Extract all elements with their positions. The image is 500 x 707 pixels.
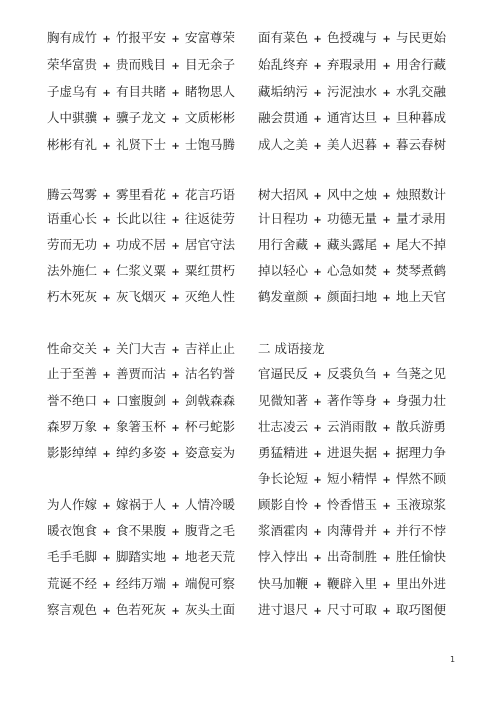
idiom: 关门大吉 [116, 341, 166, 356]
idiom-chain-row: 荣华富贵+贵而贱目+目无余子 [47, 57, 235, 75]
idiom: 色授魂与 [327, 30, 377, 45]
plus-separator: + [166, 139, 185, 155]
idiom: 居官守法 [185, 237, 235, 252]
plus-separator: + [97, 395, 116, 411]
plus-separator: + [97, 291, 116, 307]
idiom: 刍荛之见 [396, 366, 446, 381]
plus-separator: + [377, 473, 396, 489]
idiom: 掉以轻心 [258, 263, 308, 278]
plus-separator: + [377, 499, 396, 515]
idiom: 藏头露尾 [327, 237, 377, 252]
idiom-chain-row: 语重心长+长此以往+往返徒劳 [47, 211, 235, 229]
idiom: 心急如焚 [327, 263, 377, 278]
idiom: 短小精悍 [327, 471, 377, 486]
idiom-chain-row: 官逼民反+反裘负刍+刍荛之见 [258, 366, 446, 384]
idiom: 量才录用 [396, 211, 446, 226]
idiom: 口蜜腹剑 [116, 393, 166, 408]
idiom: 美人迟暮 [327, 137, 377, 152]
idiom-chain-row: 浆酒霍肉+肉薄骨并+并行不悖 [258, 523, 446, 541]
idiom-chain-row: 顾影自怜+怜香惜玉+玉液琼浆 [258, 497, 446, 515]
idiom-chain-row: 胸有成竹+竹报平安+安富尊荣 [47, 30, 235, 48]
idiom-chain-row: 暖衣饱食+食不果腹+腹背之毛 [47, 523, 235, 541]
idiom: 贵而贱目 [116, 57, 166, 72]
idiom: 往返徒劳 [185, 211, 235, 226]
plus-separator: + [97, 139, 116, 155]
idiom: 毛手毛脚 [47, 549, 97, 564]
idiom: 有目共睹 [116, 84, 166, 99]
idiom: 颜面扫地 [327, 289, 377, 304]
plus-separator: + [308, 395, 327, 411]
idiom-chain-row: 法外施仁+仁浆义粟+粟红贯朽 [47, 263, 235, 281]
idiom: 计日程功 [258, 211, 308, 226]
idiom: 腾云驾雾 [47, 187, 97, 202]
idiom: 悖入悖出 [258, 549, 308, 564]
idiom: 荣华富贵 [47, 57, 97, 72]
plus-separator: + [308, 578, 327, 594]
plus-separator: + [377, 291, 396, 307]
plus-separator: + [166, 447, 185, 463]
plus-separator: + [97, 551, 116, 567]
idiom-chain-row: 悖入悖出+出奇制胜+胜任愉快 [258, 549, 446, 567]
idiom: 地老天荒 [185, 549, 235, 564]
idiom: 成人之美 [258, 137, 308, 152]
idiom-chain-row: 融会贯通+通宵达旦+旦种暮成 [258, 110, 446, 128]
idiom-chain-row: 勇猛精进+进退失据+据理力争 [258, 445, 446, 463]
plus-separator: + [308, 291, 327, 307]
idiom: 色若死灰 [116, 602, 166, 617]
idiom: 怜香惜玉 [327, 497, 377, 512]
plus-separator: + [166, 525, 185, 541]
idiom: 著作等身 [327, 393, 377, 408]
idiom: 性命交关 [47, 341, 97, 356]
idiom: 胜任愉快 [396, 549, 446, 564]
plus-separator: + [97, 265, 116, 281]
section-heading: 二 成语接龙 [258, 341, 324, 357]
plus-separator: + [166, 551, 185, 567]
idiom: 地上天官 [396, 289, 446, 304]
plus-separator: + [97, 525, 116, 541]
idiom: 善贾而沽 [116, 366, 166, 381]
idiom-chain-row: 荒诞不经+经纬万端+端倪可察 [47, 576, 235, 594]
idiom: 争长论短 [258, 471, 308, 486]
plus-separator: + [377, 239, 396, 255]
idiom: 沽名钓誉 [185, 366, 235, 381]
plus-separator: + [308, 59, 327, 75]
idiom: 仁浆义粟 [116, 263, 166, 278]
idiom: 目无余子 [185, 57, 235, 72]
plus-separator: + [97, 421, 116, 437]
idiom: 鞭辟入里 [327, 576, 377, 591]
idiom-chain-row: 争长论短+短小精悍+悍然不顾 [258, 471, 446, 489]
idiom-chain-row: 朽木死灰+灰飞烟灭+灭绝人性 [47, 289, 235, 307]
plus-separator: + [308, 189, 327, 205]
idiom: 胸有成竹 [47, 30, 97, 45]
idiom: 子虚乌有 [47, 84, 97, 99]
idiom: 散兵游勇 [396, 419, 446, 434]
idiom: 人情冷暖 [185, 497, 235, 512]
idiom: 始乱终弃 [258, 57, 308, 72]
idiom-chain-row: 面有菜色+色授魂与+与民更始 [258, 30, 446, 48]
plus-separator: + [97, 213, 116, 229]
plus-separator: + [377, 604, 396, 620]
idiom-chain-row: 人中骐骥+骥子龙文+文质彬彬 [47, 110, 235, 128]
idiom: 焚琴煮鹤 [396, 263, 446, 278]
idiom: 花言巧语 [185, 187, 235, 202]
idiom: 长此以往 [116, 211, 166, 226]
plus-separator: + [308, 447, 327, 463]
plus-separator: + [166, 578, 185, 594]
idiom: 剑戟森森 [185, 393, 235, 408]
page-number: 1 [450, 655, 455, 664]
plus-separator: + [166, 59, 185, 75]
idiom: 灰头土面 [185, 602, 235, 617]
plus-separator: + [97, 368, 116, 384]
idiom: 止于至善 [47, 366, 97, 381]
idiom: 安富尊荣 [185, 30, 235, 45]
idiom: 竹报平安 [116, 30, 166, 45]
idiom: 官逼民反 [258, 366, 308, 381]
idiom: 出奇制胜 [327, 549, 377, 564]
plus-separator: + [97, 86, 116, 102]
plus-separator: + [166, 421, 185, 437]
idiom: 森罗万象 [47, 419, 97, 434]
plus-separator: + [377, 86, 396, 102]
plus-separator: + [308, 421, 327, 437]
idiom: 勇猛精进 [258, 445, 308, 460]
plus-separator: + [377, 525, 396, 541]
idiom-chain-row: 为人作嫁+嫁祸于人+人情冷暖 [47, 497, 235, 515]
plus-separator: + [97, 499, 116, 515]
idiom: 朽木死灰 [47, 289, 97, 304]
idiom: 脚踏实地 [116, 549, 166, 564]
plus-separator: + [377, 421, 396, 437]
idiom-chain-row: 树大招风+风中之烛+烛照数计 [258, 187, 446, 205]
plus-separator: + [308, 213, 327, 229]
idiom: 水乳交融 [396, 84, 446, 99]
idiom-chain-row: 藏垢纳污+污泥浊水+水乳交融 [258, 84, 446, 102]
plus-separator: + [308, 239, 327, 255]
idiom-chain-row: 察言观色+色若死灰+灰头土面 [47, 602, 235, 620]
idiom: 烛照数计 [396, 187, 446, 202]
idiom: 壮志凌云 [258, 419, 308, 434]
plus-separator: + [308, 32, 327, 48]
idiom: 面有菜色 [258, 30, 308, 45]
idiom: 旦种暮成 [396, 110, 446, 125]
idiom-chain-row: 用行舍藏+藏头露尾+尾大不掉 [258, 237, 446, 255]
idiom: 污泥浊水 [327, 84, 377, 99]
idiom: 鹤发童颜 [258, 289, 308, 304]
plus-separator: + [377, 551, 396, 567]
plus-separator: + [166, 265, 185, 281]
plus-separator: + [166, 189, 185, 205]
idiom: 身强力壮 [396, 393, 446, 408]
idiom: 进寸退尺 [258, 602, 308, 617]
idiom: 功成不居 [116, 237, 166, 252]
idiom: 荒诞不经 [47, 576, 97, 591]
idiom: 腹背之毛 [185, 523, 235, 538]
idiom: 玉液琼浆 [396, 497, 446, 512]
plus-separator: + [166, 499, 185, 515]
idiom-chain-row: 劳而无功+功成不居+居官守法 [47, 237, 235, 255]
plus-separator: + [97, 447, 116, 463]
idiom: 肉薄骨并 [327, 523, 377, 538]
idiom: 杯弓蛇影 [185, 419, 235, 434]
idiom: 弃瑕录用 [327, 57, 377, 72]
idiom: 浆酒霍肉 [258, 523, 308, 538]
plus-separator: + [97, 578, 116, 594]
plus-separator: + [97, 32, 116, 48]
plus-separator: + [166, 32, 185, 48]
plus-separator: + [377, 32, 396, 48]
plus-separator: + [166, 368, 185, 384]
idiom: 用舍行藏 [396, 57, 446, 72]
idiom-chain-row: 影影绰绰+绰约多姿+姿意妄为 [47, 445, 235, 463]
plus-separator: + [308, 473, 327, 489]
idiom: 树大招风 [258, 187, 308, 202]
idiom: 并行不悖 [396, 523, 446, 538]
idiom-chain-row: 毛手毛脚+脚踏实地+地老天荒 [47, 549, 235, 567]
plus-separator: + [377, 447, 396, 463]
idiom: 彬彬有礼 [47, 137, 97, 152]
idiom: 士饱马腾 [185, 137, 235, 152]
idiom-chain-row: 进寸退尺+尺寸可取+取巧图便 [258, 602, 446, 620]
idiom: 睹物思人 [185, 84, 235, 99]
idiom-chain-row: 壮志凌云+云消雨散+散兵游勇 [258, 419, 446, 437]
idiom: 礼贤下士 [116, 137, 166, 152]
idiom-chain-row: 鹤发童颜+颜面扫地+地上天官 [258, 289, 446, 307]
idiom: 粟红贯朽 [185, 263, 235, 278]
plus-separator: + [377, 112, 396, 128]
idiom: 灭绝人性 [185, 289, 235, 304]
idiom: 经纬万端 [116, 576, 166, 591]
idiom-chain-row: 腾云驾雾+雾里看花+花言巧语 [47, 187, 235, 205]
idiom: 通宵达旦 [327, 110, 377, 125]
idiom: 端倪可察 [185, 576, 235, 591]
plus-separator: + [166, 604, 185, 620]
plus-separator: + [308, 112, 327, 128]
plus-separator: + [97, 239, 116, 255]
plus-separator: + [377, 265, 396, 281]
plus-separator: + [166, 291, 185, 307]
idiom-chain-row: 掉以轻心+心急如焚+焚琴煮鹤 [258, 263, 446, 281]
idiom: 雾里看花 [116, 187, 166, 202]
idiom: 据理力争 [396, 445, 446, 460]
plus-separator: + [308, 139, 327, 155]
idiom: 云消雨散 [327, 419, 377, 434]
idiom: 吉祥止止 [185, 341, 235, 356]
idiom: 用行舍藏 [258, 237, 308, 252]
idiom: 悍然不顾 [396, 471, 446, 486]
idiom-chain-row: 彬彬有礼+礼贤下士+士饱马腾 [47, 137, 235, 155]
idiom: 绰约多姿 [116, 445, 166, 460]
plus-separator: + [377, 213, 396, 229]
idiom: 法外施仁 [47, 263, 97, 278]
plus-separator: + [166, 86, 185, 102]
idiom: 象箸玉杯 [116, 419, 166, 434]
idiom: 骥子龙文 [116, 110, 166, 125]
idiom: 藏垢纳污 [258, 84, 308, 99]
idiom: 进退失据 [327, 445, 377, 460]
plus-separator: + [377, 139, 396, 155]
idiom: 见微知著 [258, 393, 308, 408]
idiom: 风中之烛 [327, 187, 377, 202]
plus-separator: + [308, 525, 327, 541]
idiom: 劳而无功 [47, 237, 97, 252]
plus-separator: + [377, 578, 396, 594]
plus-separator: + [166, 343, 185, 359]
plus-separator: + [97, 112, 116, 128]
idiom: 姿意妄为 [185, 445, 235, 460]
idiom: 誉不绝口 [47, 393, 97, 408]
plus-separator: + [166, 112, 185, 128]
idiom: 快马加鞭 [258, 576, 308, 591]
idiom: 顾影自怜 [258, 497, 308, 512]
idiom: 嫁祸于人 [116, 497, 166, 512]
plus-separator: + [308, 265, 327, 281]
idiom: 里出外进 [396, 576, 446, 591]
plus-separator: + [97, 59, 116, 75]
plus-separator: + [308, 551, 327, 567]
plus-separator: + [377, 59, 396, 75]
plus-separator: + [97, 189, 116, 205]
plus-separator: + [97, 604, 116, 620]
idiom-chain-row: 见微知著+著作等身+身强力壮 [258, 393, 446, 411]
plus-separator: + [166, 213, 185, 229]
idiom-chain-row: 成人之美+美人迟暮+暮云春树 [258, 137, 446, 155]
idiom: 语重心长 [47, 211, 97, 226]
idiom-chain-row: 子虚乌有+有目共睹+睹物思人 [47, 84, 235, 102]
idiom: 尺寸可取 [327, 602, 377, 617]
idiom: 暖衣饱食 [47, 523, 97, 538]
idiom-chain-row: 誉不绝口+口蜜腹剑+剑戟森森 [47, 393, 235, 411]
idiom-chain-row: 森罗万象+象箸玉杯+杯弓蛇影 [47, 419, 235, 437]
idiom: 功德无量 [327, 211, 377, 226]
plus-separator: + [166, 395, 185, 411]
idiom: 影影绰绰 [47, 445, 97, 460]
idiom: 与民更始 [396, 30, 446, 45]
plus-separator: + [308, 604, 327, 620]
idiom-chain-row: 计日程功+功德无量+量才录用 [258, 211, 446, 229]
idiom: 融会贯通 [258, 110, 308, 125]
idiom: 察言观色 [47, 602, 97, 617]
idiom-chain-row: 止于至善+善贾而沽+沽名钓誉 [47, 366, 235, 384]
idiom-chain-row: 始乱终弃+弃瑕录用+用舍行藏 [258, 57, 446, 75]
plus-separator: + [166, 239, 185, 255]
idiom: 取巧图便 [396, 602, 446, 617]
idiom: 暮云春树 [396, 137, 446, 152]
plus-separator: + [97, 343, 116, 359]
plus-separator: + [377, 395, 396, 411]
idiom: 反裘负刍 [327, 366, 377, 381]
idiom: 食不果腹 [116, 523, 166, 538]
plus-separator: + [377, 189, 396, 205]
idiom: 为人作嫁 [47, 497, 97, 512]
plus-separator: + [308, 86, 327, 102]
plus-separator: + [308, 368, 327, 384]
idiom: 灰飞烟灭 [116, 289, 166, 304]
plus-separator: + [308, 499, 327, 515]
idiom-chain-row: 快马加鞭+鞭辟入里+里出外进 [258, 576, 446, 594]
idiom: 尾大不掉 [396, 237, 446, 252]
idiom: 文质彬彬 [185, 110, 235, 125]
idiom: 人中骐骥 [47, 110, 97, 125]
plus-separator: + [377, 368, 396, 384]
idiom-chain-row: 性命交关+关门大吉+吉祥止止 [47, 341, 235, 359]
